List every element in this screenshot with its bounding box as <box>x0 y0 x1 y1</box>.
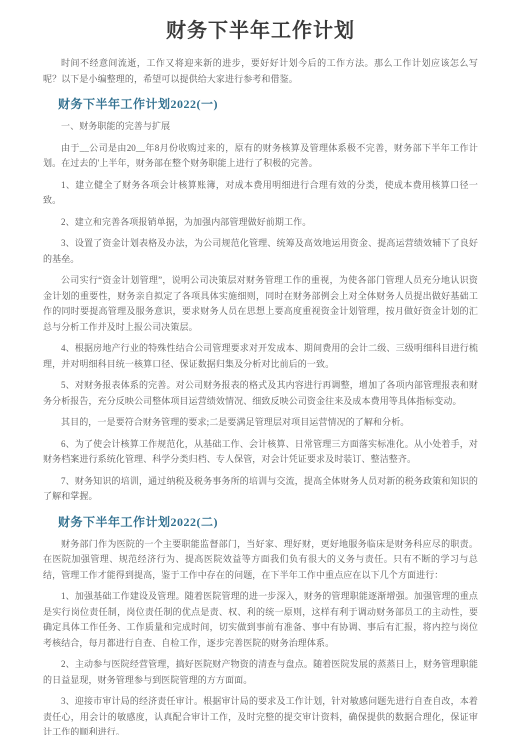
paragraph: 6、为了使会计核算工作规范化，从基础工作、会计核算、日常管理三方面落实标准化。从… <box>43 437 478 468</box>
paragraph: 财务部门作为医院的一个主要职能监督部门，当好家、理好财，更好地服务临床是财务科应… <box>43 537 478 584</box>
paragraph: 1、建立健全了财务各项会计核算账簿，对成本费用明细进行合理有效的分类，使成本费用… <box>43 178 478 209</box>
paragraph: 1、加强基础工作建设及管理。随着医院管理的进一步深入，财务的管理职能逐渐增强。加… <box>43 589 478 651</box>
section-1-heading: 财务下半年工作计划2022(一) <box>43 96 478 112</box>
paragraph: 7、财务知识的培训，通过纳税及税务事务所的培训与交流，提高全体财务人员对新的税务… <box>43 474 478 505</box>
paragraph: 公司实行“资金计划管理”，说明公司决策层对财务管理工作的重视，为使各部门管理人员… <box>43 273 478 335</box>
document-page: 财务下半年工作计划 时间不经意间流逝，工作又将迎来新的进步，要好好计划今后的工作… <box>0 0 520 735</box>
paragraph: 5、对财务报表体系的完善。对公司财务报表的格式及其内容进行再调整，增加了各项内部… <box>43 378 478 409</box>
paragraph: 3、设置了资金计划表格及办法，为公司规范化管理、统筹及高效地运用资金、提高运营绩… <box>43 236 478 267</box>
paragraph: 一、财务职能的完善与扩展 <box>43 119 478 135</box>
paragraph: 2、主动参与医院经营管理，搞好医院财产物资的清查与盘点。随着医院发展的蒸蒸日上，… <box>43 657 478 688</box>
paragraph: 由于__公司是由20__年8月份收购过来的，原有的财务核算及管理体系极不完善，财… <box>43 141 478 172</box>
section-2-heading: 财务下半年工作计划2022(二) <box>43 514 478 530</box>
paragraph: 3、迎接市审计局的经济责任审计。根据审计局的要求及工作计划，针对敏感问题先进行自… <box>43 694 478 735</box>
intro-paragraph: 时间不经意间流逝，工作又将迎来新的进步，要好好计划今后的工作方法。那么工作计划应… <box>43 56 478 87</box>
paragraph: 2、建立和完善各项报销单据，为加强内部管理做好前期工作。 <box>43 215 478 231</box>
paragraph: 4、根据房地产行业的特殊性结合公司管理要求对开发成本、期间费用的会计二级、三级明… <box>43 341 478 372</box>
document-title: 财务下半年工作计划 <box>43 18 478 44</box>
paragraph: 其目的，一是要符合财务管理的要求;二是要满足管理层对项目运营情况的了解和分析。 <box>43 415 478 431</box>
